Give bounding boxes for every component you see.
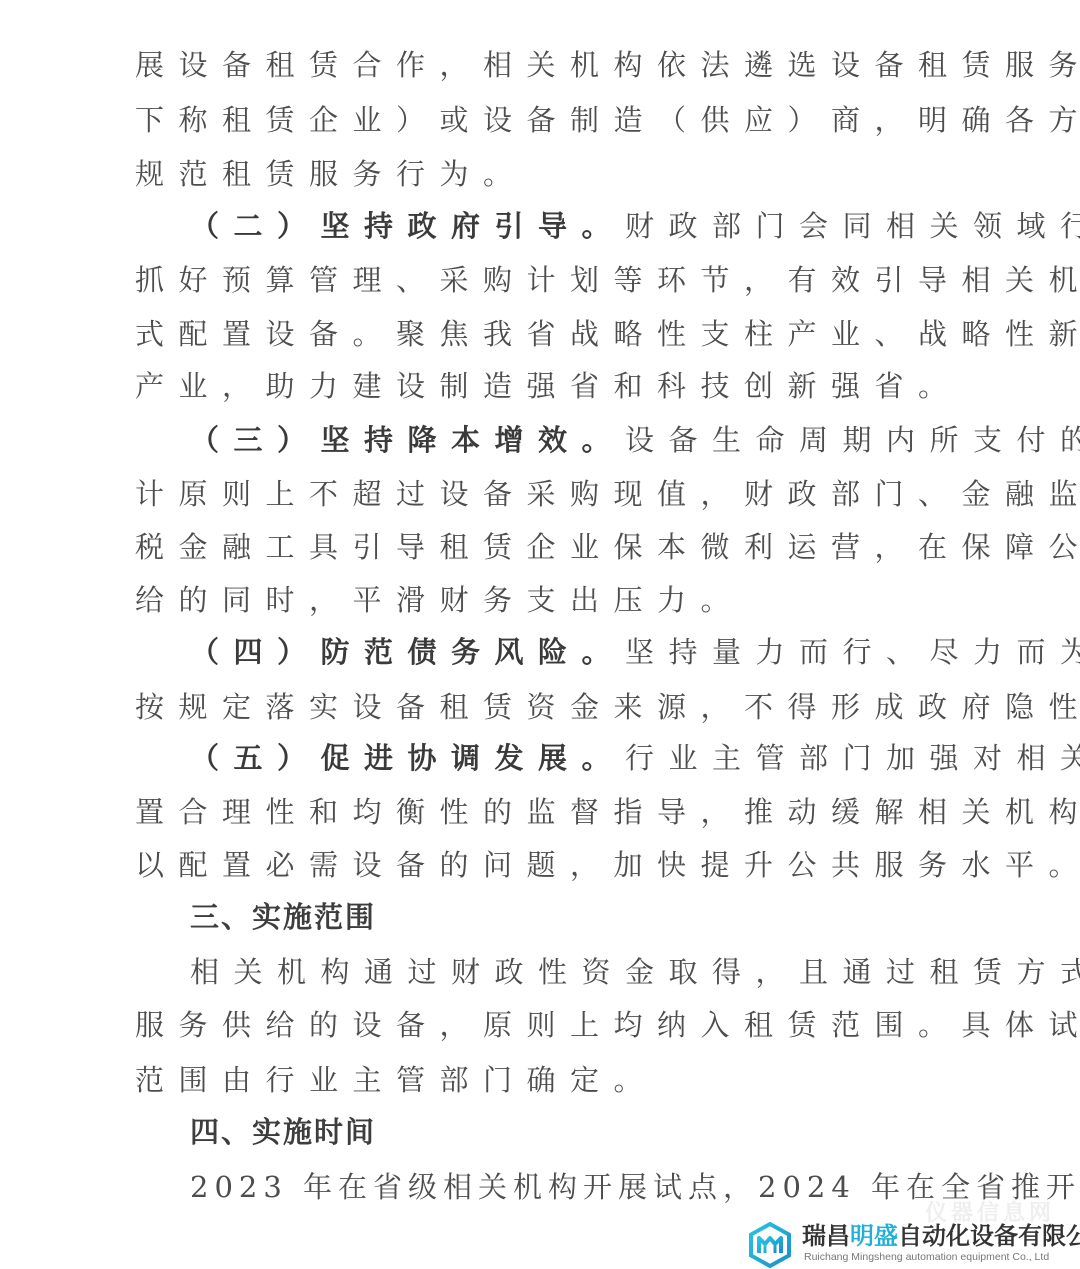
text-line: 置合理性和均衡性的监督指导，推动缓解相关机构因财力不足难 — [135, 792, 925, 832]
company-name-highlight: 明盛 — [850, 1222, 898, 1250]
hexagon-m-logo-icon — [748, 1222, 792, 1268]
company-logo: 瑞昌明盛自动化设备有限公司 Ruichang Mingsheng automat… — [748, 1222, 1078, 1266]
principle-3-title: （三）坚持降本增效。 — [190, 423, 625, 457]
section-4-heading: 四、实施时间 — [190, 1112, 925, 1152]
text-line: 产业，助力建设制造强省和科技创新强省。 — [135, 366, 925, 406]
text-line: 以配置必需设备的问题，加快提升公共服务水平。 — [135, 845, 925, 885]
principle-5-title: （五）促进协调发展。 — [190, 741, 625, 775]
text-line: 规范租赁服务行为。 — [135, 154, 925, 194]
principle-4-title: （四）防范债务风险。 — [190, 635, 625, 669]
company-name-cn: 瑞昌明盛自动化设备有限公司 — [802, 1222, 1080, 1250]
company-name-part: 自动化设备有限公司 — [898, 1222, 1080, 1250]
text-segment: 财政部门会同相关领域行业主管部门 — [625, 209, 1080, 243]
text-line: 2023 年在省级相关机构开展试点，2024 年在全省推开试点。 — [190, 1167, 925, 1207]
text-line: 服务供给的设备，原则上均纳入租赁范围。具体试点机构、设备 — [135, 1005, 925, 1045]
principle-3-first-line: （三）坚持降本增效。设备生命周期内所支付的租金现值合 — [190, 420, 925, 460]
text-line: 相关机构通过财政性资金取得，且通过租赁方式不影响公共 — [190, 952, 925, 992]
principle-4-first-line: （四）防范债务风险。坚持量力而行、尽力而为，相关机构 — [190, 632, 925, 672]
text-line: 式配置设备。聚焦我省战略性支柱产业、战略性新兴产业和未来 — [135, 314, 925, 354]
text-line: 给的同时，平滑财务支出压力。 — [135, 580, 925, 620]
text-segment: 设备生命周期内所支付的租金现值合 — [625, 423, 1080, 457]
principle-2-first-line: （二）坚持政府引导。财政部门会同相关领域行业主管部门 — [190, 206, 925, 246]
text-line: 抓好预算管理、采购计划等环节，有效引导相关机构通过租赁方 — [135, 260, 925, 300]
text-line: 按规定落实设备租赁资金来源，不得形成政府隐性债务风险。 — [135, 687, 925, 727]
text-line: 下称租赁企业）或设备制造（供应）商，明确各方权利义务， — [135, 100, 925, 140]
text-line: 范围由行业主管部门确定。 — [135, 1060, 925, 1100]
text-line: 展设备租赁合作，相关机构依法遴选设备租赁服务供应商（以 — [135, 45, 925, 85]
section-3-heading: 三、实施范围 — [190, 897, 925, 937]
text-line: 税金融工具引导租赁企业保本微利运营，在保障公共服务稳定供 — [135, 527, 925, 567]
text-line: 计原则上不超过设备采购现值，财政部门、金融监管部门运用财 — [135, 474, 925, 514]
company-name-part: 瑞昌 — [802, 1222, 850, 1250]
principle-2-title: （二）坚持政府引导。 — [190, 209, 625, 243]
text-segment: 坚持量力而行、尽力而为，相关机构 — [625, 635, 1080, 669]
principle-5-first-line: （五）促进协调发展。行业主管部门加强对相关机构设备配 — [190, 738, 925, 778]
document-page: 展设备租赁合作，相关机构依法遴选设备租赁服务供应商（以 下称租赁企业）或设备制造… — [0, 0, 1080, 1269]
company-name-en: Ruichang Mingsheng automation equipment … — [804, 1250, 1049, 1264]
text-segment: 行业主管部门加强对相关机构设备配 — [625, 741, 1080, 775]
